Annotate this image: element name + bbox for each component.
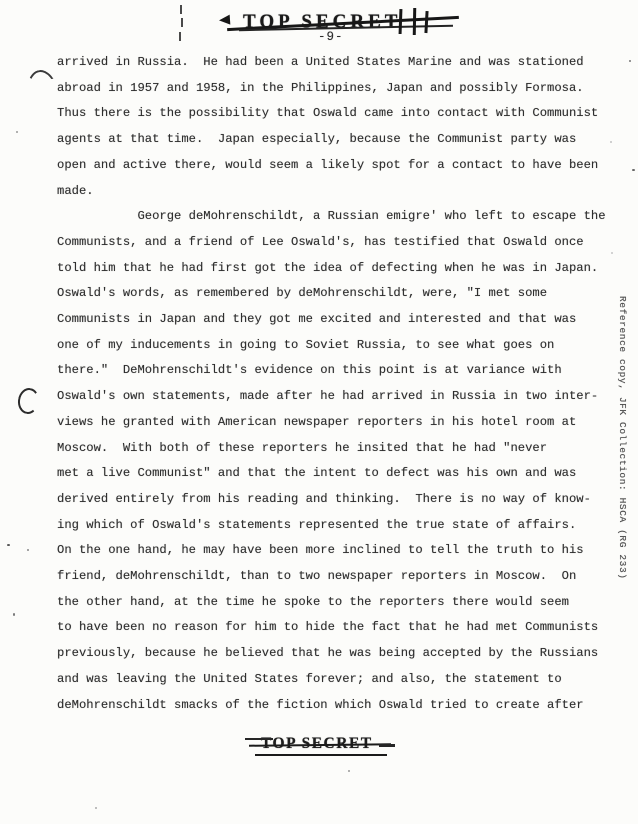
typewritten-line: George deMohrenschildt, a Russian emigre… — [57, 204, 609, 230]
cancel-tick-icon — [424, 11, 428, 33]
typewritten-line: there." DeMohrenschildt's evidence on th… — [57, 358, 609, 384]
typewritten-line: On the one hand, he may have been more i… — [57, 538, 609, 564]
typewritten-line: Communists in Japan and they got me exci… — [57, 307, 609, 333]
typewritten-line: agents at that time. Japan especially, b… — [57, 127, 609, 153]
scan-speck — [13, 613, 15, 616]
typewritten-line: met a live Communist" and that the inten… — [57, 461, 609, 487]
scan-speck — [348, 770, 350, 772]
typewritten-line: to have been no reason for him to hide t… — [57, 615, 609, 641]
pen-c-mark-icon — [16, 387, 40, 416]
typewritten-line: told him that he had first got the idea … — [57, 256, 609, 282]
scan-speck — [16, 131, 18, 133]
margin-tick-icon — [180, 5, 182, 14]
typewritten-line: friend, deMohrenschildt, than to two new… — [57, 564, 609, 590]
typewritten-line: arrived in Russia. He had been a United … — [57, 50, 609, 76]
scan-speck — [27, 549, 29, 551]
typewritten-line: one of my inducements in going to Soviet… — [57, 333, 609, 359]
scan-speck — [629, 60, 631, 62]
margin-tick-icon — [181, 18, 183, 27]
typewritten-line: views he granted with American newspaper… — [57, 410, 609, 436]
typewritten-line: Communists, and a friend of Lee Oswald's… — [57, 230, 609, 256]
typewritten-line: deMohrenschildt smacks of the fiction wh… — [57, 693, 609, 719]
scan-speck — [610, 141, 612, 143]
typewritten-line: Thus there is the possibility that Oswal… — [57, 101, 609, 127]
scan-speck — [7, 544, 10, 546]
underline-mark-icon — [255, 754, 387, 756]
top-secret-stamp-bottom: TOP SECRET — [261, 735, 379, 757]
typewritten-body: arrived in Russia. He had been a United … — [57, 50, 609, 718]
scanned-document-page: TOP SECRET -9- arrived in Russia. He had… — [0, 0, 638, 824]
overline-mark-icon — [245, 738, 273, 740]
typewritten-line: Moscow. With both of these reporters he … — [57, 436, 609, 462]
typewritten-line: Oswald's own statements, made after he h… — [57, 384, 609, 410]
cancel-tick-icon — [413, 8, 416, 35]
typewritten-line: and was leaving the United States foreve… — [57, 667, 609, 693]
typewritten-line: Oswald's words, as remembered by deMohre… — [57, 281, 609, 307]
scan-speck — [611, 252, 613, 254]
pen-arc-mark-icon — [23, 67, 59, 98]
typewritten-line: ing which of Oswald's statements represe… — [57, 513, 609, 539]
typewritten-line: previously, because he believed that he … — [57, 641, 609, 667]
typewritten-line: open and active there, would seem a like… — [57, 153, 609, 179]
page-number: -9- — [318, 30, 344, 44]
margin-tick-icon — [179, 32, 181, 41]
dash-mark-icon — [379, 744, 395, 747]
typewritten-line: abroad in 1957 and 1958, in the Philippi… — [57, 76, 609, 102]
arrow-left-icon — [219, 15, 231, 26]
typewritten-line: made. — [57, 179, 609, 205]
typewritten-line: the other hand, at the time he spoke to … — [57, 590, 609, 616]
typewritten-line: derived entirely from his reading and th… — [57, 487, 609, 513]
scan-speck — [632, 169, 635, 171]
reference-copy-note: Reference copy, JFK Collection: HSCA (RG… — [617, 296, 628, 580]
scan-speck — [95, 807, 97, 809]
